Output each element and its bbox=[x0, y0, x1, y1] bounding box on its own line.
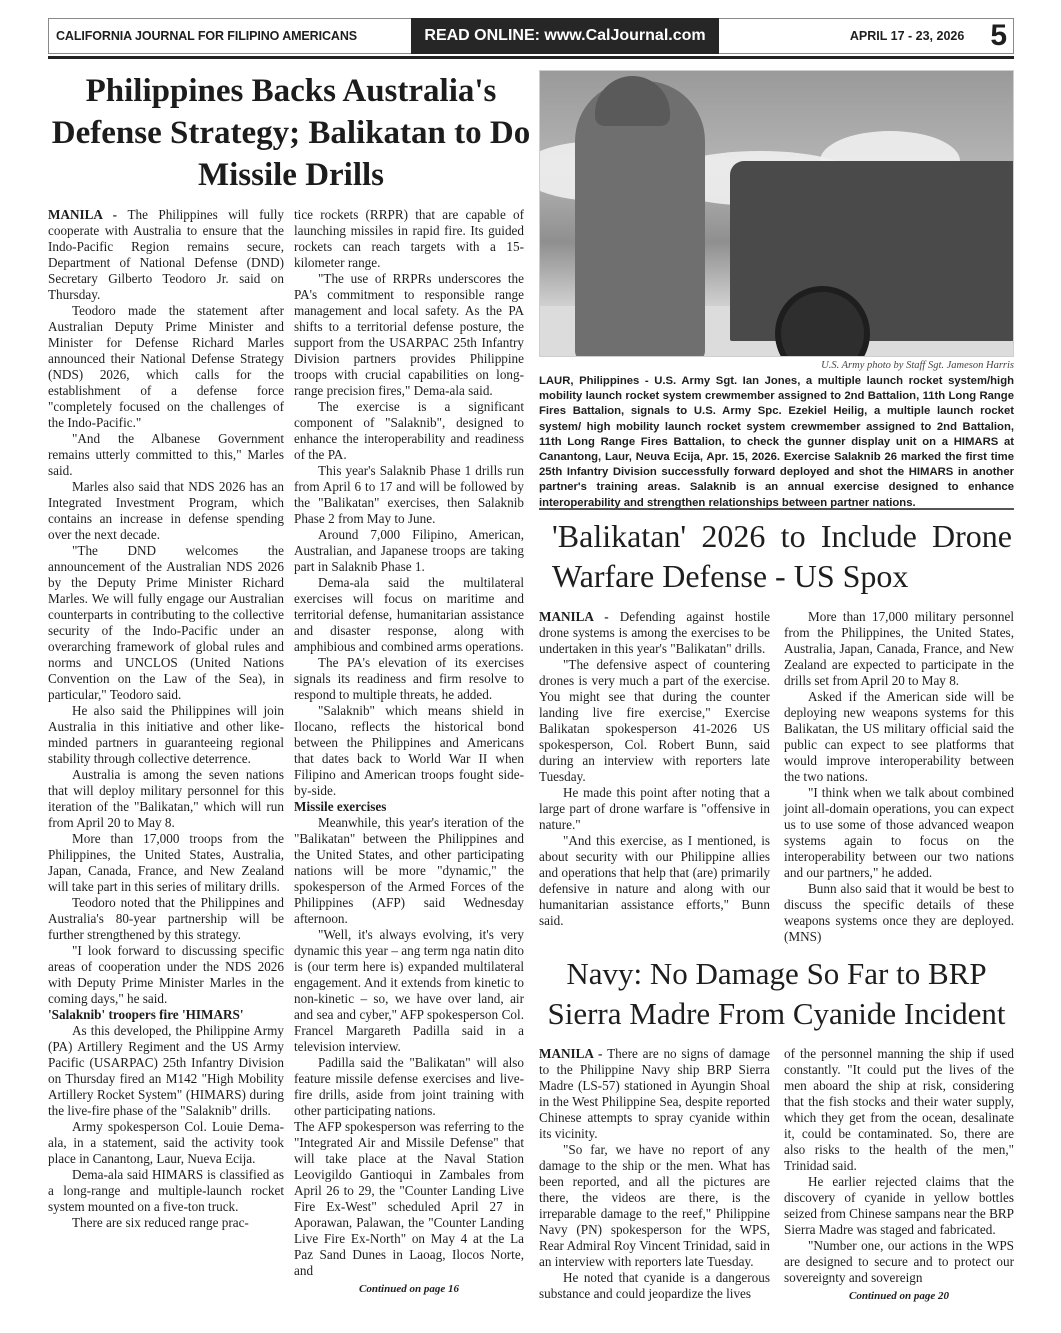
paragraph: "I look forward to discussing specific a… bbox=[48, 943, 284, 1007]
paragraph: Around 7,000 Filipino, American, Austral… bbox=[294, 527, 524, 575]
article1-lead-paragraph: MANILA - The Philippines will fully coop… bbox=[48, 207, 284, 303]
paragraph: He also said the Philippines will join A… bbox=[48, 703, 284, 767]
photo-caption: LAUR, Philippines - U.S. Army Sgt. Ian J… bbox=[539, 374, 1014, 511]
paragraph: Bunn also said that it would be best to … bbox=[784, 881, 1014, 945]
subheading-salaknib: 'Salaknib' troopers fire 'HIMARS' bbox=[48, 1007, 284, 1023]
section-divider bbox=[539, 508, 1014, 510]
paragraph: Asked if the American side will be deplo… bbox=[784, 689, 1014, 785]
paragraph: Meanwhile, this year's iteration of the … bbox=[294, 815, 524, 927]
paragraph: He made this point after noting that a l… bbox=[539, 785, 770, 833]
himars-truck-shape bbox=[730, 161, 1014, 341]
paragraph: Army spokesperson Col. Louie Dema-ala, i… bbox=[48, 1119, 284, 1167]
dateline: MANILA - bbox=[48, 207, 127, 222]
article1-column-2: tice rockets (RRPR) that are capable of … bbox=[294, 207, 524, 1297]
masthead: CALIFORNIA JOURNAL FOR FILIPINO AMERICAN… bbox=[48, 18, 1014, 54]
article1-column-1: MANILA - The Philippines will fully coop… bbox=[48, 207, 284, 1231]
paragraph: He earlier rejected claims that the disc… bbox=[784, 1174, 1014, 1238]
continued-on-page-20[interactable]: Continued on page 20 bbox=[784, 1288, 1014, 1304]
article2-headline: 'Balikatan' 2026 to Include Drone Warfar… bbox=[552, 516, 1012, 596]
paragraph: "I think when we talk about combined joi… bbox=[784, 785, 1014, 881]
paragraph: "The DND welcomes the announcement of th… bbox=[48, 543, 284, 703]
continued-on-page-16[interactable]: Continued on page 16 bbox=[294, 1281, 524, 1297]
dateline: MANILA - bbox=[539, 609, 620, 624]
paragraph: "Well, it's always evolving, it's very d… bbox=[294, 927, 524, 1055]
article2-lead-paragraph: MANILA - Defending against hostile drone… bbox=[539, 609, 770, 657]
paragraph: There are six reduced range prac- bbox=[48, 1215, 284, 1231]
paragraph: "Number one, our actions in the WPS are … bbox=[784, 1238, 1014, 1286]
paragraph: As this developed, the Philippine Army (… bbox=[48, 1023, 284, 1119]
article3-column-2: of the personnel manning the ship if use… bbox=[784, 1046, 1014, 1304]
paragraph: This year's Salaknib Phase 1 drills run … bbox=[294, 463, 524, 527]
paragraph: More than 17,000 military personnel from… bbox=[784, 609, 1014, 689]
paragraph: Dema-ala said HIMARS is classified as a … bbox=[48, 1167, 284, 1215]
paragraph: Teodoro noted that the Philippines and A… bbox=[48, 895, 284, 943]
paragraph: "And this exercise, as I mentioned, is a… bbox=[539, 833, 770, 929]
article2-column-1: MANILA - Defending against hostile drone… bbox=[539, 609, 770, 929]
paragraph: Padilla said the "Balikatan" will also f… bbox=[294, 1055, 524, 1119]
subheading-missile-exercises: Missile exercises bbox=[294, 799, 524, 815]
article3-lead-paragraph: MANILA - There are no signs of damage to… bbox=[539, 1046, 770, 1142]
masthead-rule bbox=[48, 56, 1014, 59]
paragraph: The AFP spokesperson was referring to th… bbox=[294, 1119, 524, 1279]
paragraph: Marles also said that NDS 2026 has an In… bbox=[48, 479, 284, 543]
paragraph: "The use of RRPRs underscores the PA's c… bbox=[294, 271, 524, 399]
paragraph: "And the Albanese Government remains utt… bbox=[48, 431, 284, 479]
paragraph: Teodoro made the statement after Austral… bbox=[48, 303, 284, 431]
article3-headline: Navy: No Damage So Far to BRP Sierra Mad… bbox=[539, 954, 1014, 1034]
article1-headline: Philippines Backs Australia's Defense St… bbox=[48, 70, 534, 196]
page-number: 5 bbox=[990, 21, 1007, 51]
himars-photo bbox=[539, 70, 1014, 357]
dateline: MANILA - bbox=[539, 1046, 607, 1061]
paragraph: The exercise is a significant component … bbox=[294, 399, 524, 463]
paragraph: Australia is among the seven nations tha… bbox=[48, 767, 284, 831]
photo-credit: U.S. Army photo by Staff Sgt. Jameson Ha… bbox=[539, 360, 1014, 371]
paragraph: The PA's elevation of its exercises sign… bbox=[294, 655, 524, 703]
paragraph: More than 17,000 troops from the Philipp… bbox=[48, 831, 284, 895]
read-online-link[interactable]: READ ONLINE: www.CalJournal.com bbox=[411, 18, 719, 54]
paragraph: He noted that cyanide is a dangerous sub… bbox=[539, 1270, 770, 1302]
publication-name: CALIFORNIA JOURNAL FOR FILIPINO AMERICAN… bbox=[49, 29, 411, 43]
article3-column-1: MANILA - There are no signs of damage to… bbox=[539, 1046, 770, 1302]
paragraph: "The defensive aspect of countering dron… bbox=[539, 657, 770, 785]
issue-date: APRIL 17 - 23, 2026 bbox=[850, 29, 964, 43]
paragraph: of the personnel manning the ship if use… bbox=[784, 1046, 1014, 1174]
paragraph: Dema-ala said the multilateral exercises… bbox=[294, 575, 524, 655]
paragraph: tice rockets (RRPR) that are capable of … bbox=[294, 207, 524, 271]
paragraph: "Salaknib" which means shield in Ilocano… bbox=[294, 703, 524, 799]
article2-column-2: More than 17,000 military personnel from… bbox=[784, 609, 1014, 945]
paragraph: "So far, we have no report of any damage… bbox=[539, 1142, 770, 1270]
